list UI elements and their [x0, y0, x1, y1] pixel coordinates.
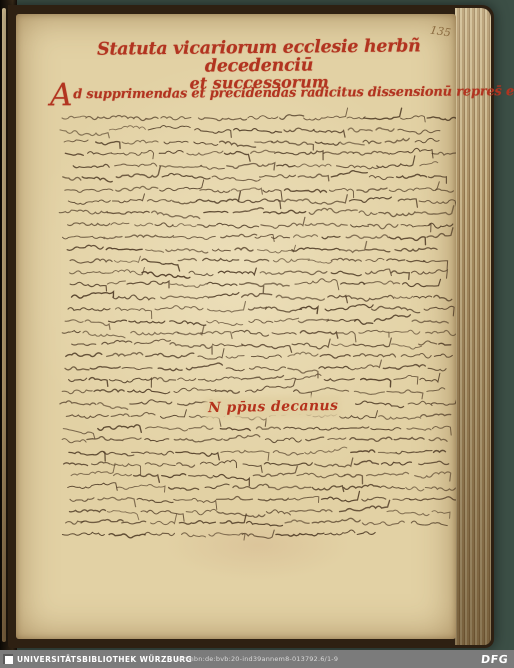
dfg-logo: DFG	[480, 653, 509, 666]
digitized-manuscript-view: 135 Statuta vicariorum ecclesie herbñ de…	[0, 0, 514, 668]
scan-footer-bar: UNIVERSITÄTSBIBLIOTHEK WÜRZBURG urn:nbn:…	[0, 650, 514, 668]
page-edge-sliver	[2, 8, 6, 642]
handwritten-body-text	[16, 14, 456, 639]
mid-page-rubric: N pp̄us decanus	[208, 398, 339, 416]
manuscript-page: 135 Statuta vicariorum ecclesie herbñ de…	[16, 14, 456, 639]
urn-identifier: urn:nbn:de:bvb:20-ind39annem8-013792.6/1…	[0, 655, 514, 663]
fore-edge-page-stack	[455, 8, 491, 645]
book-block: 135 Statuta vicariorum ecclesie herbñ de…	[8, 5, 494, 648]
book-photo: 135 Statuta vicariorum ecclesie herbñ de…	[0, 0, 514, 650]
